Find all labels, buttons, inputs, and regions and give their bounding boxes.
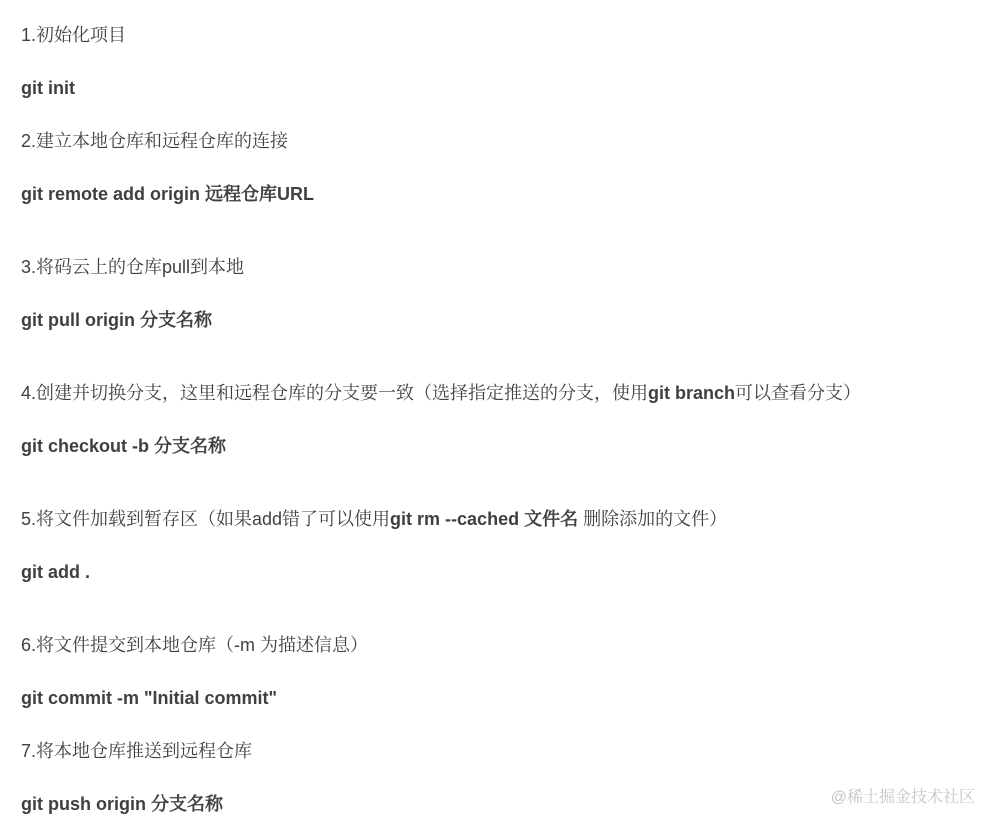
step-7-description: 7.将本地仓库推送到远程仓库 xyxy=(21,739,974,764)
command-git-init-text: git init xyxy=(21,78,75,98)
step-1-description: 1.初始化项目 xyxy=(21,23,974,48)
step-1-text: 1.初始化项目 xyxy=(21,25,126,45)
step-5-inline-command: git rm --cached 文件名 xyxy=(390,509,578,529)
command-git-push-text: git push origin 分支名称 xyxy=(21,794,223,814)
step-7-text: 7.将本地仓库推送到远程仓库 xyxy=(21,741,252,761)
step-4-text-after: 可以查看分支） xyxy=(735,383,861,403)
step-3-text: 3.将码云上的仓库pull到本地 xyxy=(21,257,244,277)
command-git-commit-text: git commit -m "Initial commit" xyxy=(21,688,277,708)
step-6-text: 6.将文件提交到本地仓库（-m 为描述信息） xyxy=(21,635,368,655)
command-git-remote-add: git remote add origin 远程仓库URL xyxy=(21,182,974,207)
command-git-checkout-text: git checkout -b 分支名称 xyxy=(21,436,226,456)
command-git-init: git init xyxy=(21,76,974,101)
command-git-commit: git commit -m "Initial commit" xyxy=(21,686,974,711)
step-5-text-after: 删除添加的文件） xyxy=(578,509,727,529)
step-5-text-before: 5.将文件加载到暂存区（如果add错了可以使用 xyxy=(21,509,390,529)
command-git-pull: git pull origin 分支名称 xyxy=(21,308,974,333)
step-4-inline-command: git branch xyxy=(648,383,735,403)
step-4-description: 4.创建并切换分支，这里和远程仓库的分支要一致（选择指定推送的分支，使用git … xyxy=(21,381,974,406)
step-2-text: 2.建立本地仓库和远程仓库的连接 xyxy=(21,131,288,151)
step-5-description: 5.将文件加载到暂存区（如果add错了可以使用git rm --cached 文… xyxy=(21,507,974,532)
step-3-description: 3.将码云上的仓库pull到本地 xyxy=(21,255,974,280)
step-6-description: 6.将文件提交到本地仓库（-m 为描述信息） xyxy=(21,633,974,658)
step-4-text-before: 4.创建并切换分支，这里和远程仓库的分支要一致（选择指定推送的分支，使用 xyxy=(21,383,648,403)
command-git-checkout: git checkout -b 分支名称 xyxy=(21,434,974,459)
command-git-pull-text: git pull origin 分支名称 xyxy=(21,310,212,330)
command-git-remote-add-text: git remote add origin 远程仓库URL xyxy=(21,184,314,204)
git-notes-article: 1.初始化项目 git init 2.建立本地仓库和远程仓库的连接 git re… xyxy=(0,0,994,817)
command-git-add: git add . xyxy=(21,560,974,585)
step-2-description: 2.建立本地仓库和远程仓库的连接 xyxy=(21,129,974,154)
juejin-watermark: @稀土掘金技术社区 xyxy=(831,788,975,808)
command-git-add-text: git add . xyxy=(21,562,90,582)
